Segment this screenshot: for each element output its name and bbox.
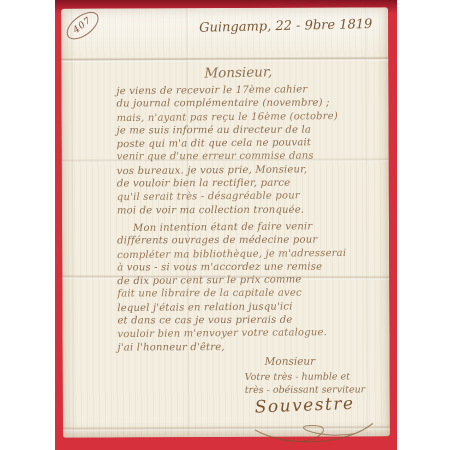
letter-paragraph: Mon intention étant de faire venirdiffér… <box>117 220 368 354</box>
collection-number-stamp: 407 <box>62 6 104 44</box>
salutation: Monsieur, <box>204 64 272 81</box>
closing-address: Monsieur <box>221 355 391 369</box>
letter-line: je viens de recevoir le 17ème cahier <box>116 83 366 99</box>
collection-number: 407 <box>72 16 94 36</box>
letter-line: lequel j'étais en relation jusqu'ici <box>117 299 367 315</box>
letter-paper: 407 Guingamp, 22 - 9bre 1819 Monsieur, j… <box>61 7 390 437</box>
letter-line: moi de voir ma collection tronquée. <box>117 203 367 217</box>
fold-crease-horizontal <box>61 56 388 62</box>
dateline: Guingamp, 22 - 9bre 1819 <box>199 17 389 36</box>
letter-line: du journal complémentaire (novembre) ; <box>116 97 366 111</box>
letter-line: Mon intention étant de faire venir <box>117 220 367 236</box>
letter-line: compléter ma bibliothèque, je m'adresser… <box>117 246 367 262</box>
letter-line: différents ouvrages de médecine pour <box>117 234 367 248</box>
signature-flourish-icon <box>251 417 381 448</box>
letter-line: fait une libraire de la capitale avec <box>117 287 367 301</box>
fold-crease-vertical <box>70 9 76 438</box>
letter-paragraph: je viens de recevoir le 17ème cahierdu j… <box>116 83 367 217</box>
letter-photo: 407 Guingamp, 22 - 9bre 1819 Monsieur, j… <box>55 0 397 450</box>
letter-line: de dix pour cent sur le prix comme <box>117 273 367 289</box>
letter-line: poste qui m'a dit que cela ne pouvait <box>117 136 367 152</box>
letter-body: je viens de recevoir le 17ème cahierdu j… <box>116 83 367 354</box>
page-background: 407 Guingamp, 22 - 9bre 1819 Monsieur, j… <box>0 0 450 450</box>
letter-line: vos bureaux. je vous prie, Monsieur, <box>117 163 367 179</box>
letter-closing: Monsieur Votre très - humble et très - o… <box>221 355 391 413</box>
letter-line: mais, n'ayant pas reçu le 16ème (octobre… <box>116 109 366 125</box>
letter-line: j'ai l'honneur d'être, <box>118 340 368 354</box>
closing-formula-line: Votre très - humble et <box>221 370 391 384</box>
